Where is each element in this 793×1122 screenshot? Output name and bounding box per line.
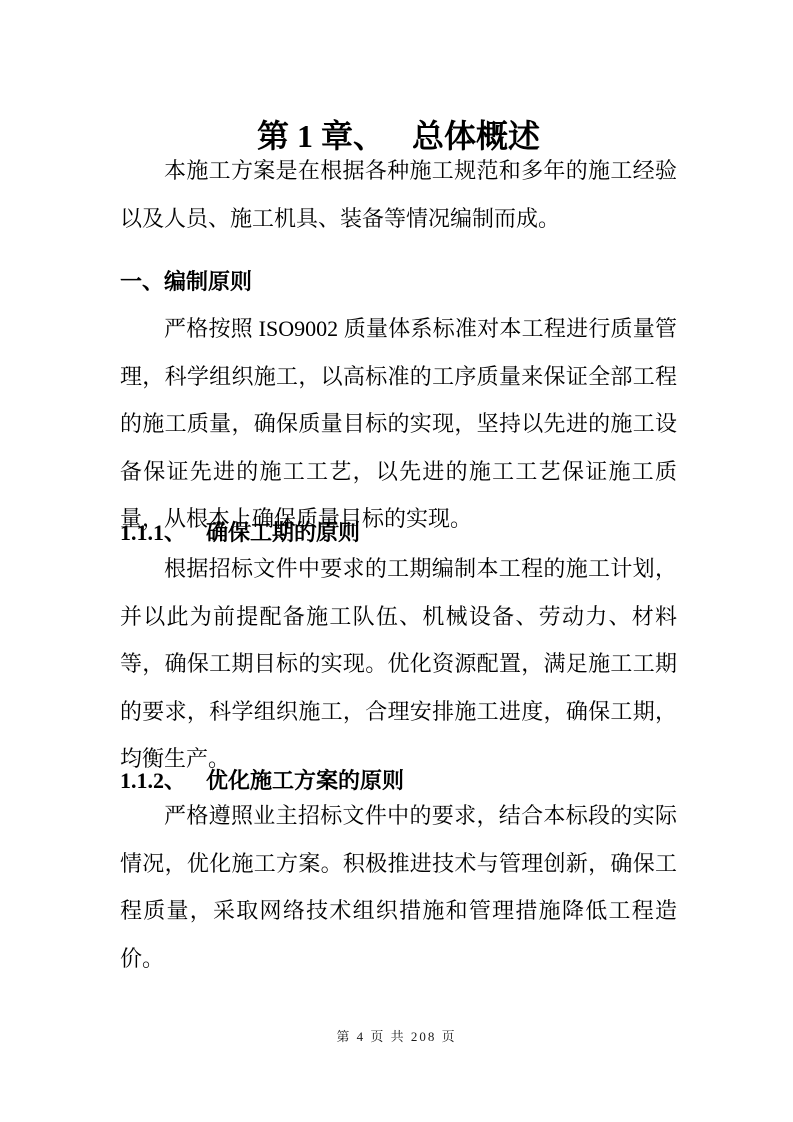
section1-paragraph: 严格按照 ISO9002 质量体系标准对本工程进行质量管理，科学组织施工，以高标… (120, 305, 677, 543)
section-1-1-2-title: 优化施工方案的原则 (206, 768, 404, 793)
section-heading-bianzhi-yuanze: 一、编制原则 (120, 258, 677, 306)
section1-1-1-paragraph: 根据招标文件中要求的工期编制本工程的施工计划，并以此为前提配备施工队伍、机械设备… (120, 545, 677, 783)
document-page: 第 1 章、总体概述 本施工方案是在根据各种施工规范和多年的施工经验以及人员、施… (0, 0, 793, 1122)
section-1-1-1-number: 1.1.1、 (120, 520, 186, 545)
section1-1-2-paragraph: 严格遵照业主招标文件中的要求，结合本标段的实际情况，优化施工方案。积极推进技术与… (120, 792, 677, 982)
section-1-1-1-title: 确保工期的原则 (206, 520, 360, 545)
intro-paragraph: 本施工方案是在根据各种施工规范和多年的施工经验以及人员、施工机具、装备等情况编制… (120, 147, 677, 242)
page-number-footer: 第 4 页 共 208 页 (0, 1026, 793, 1045)
section-1-1-2-number: 1.1.2、 (120, 768, 186, 793)
